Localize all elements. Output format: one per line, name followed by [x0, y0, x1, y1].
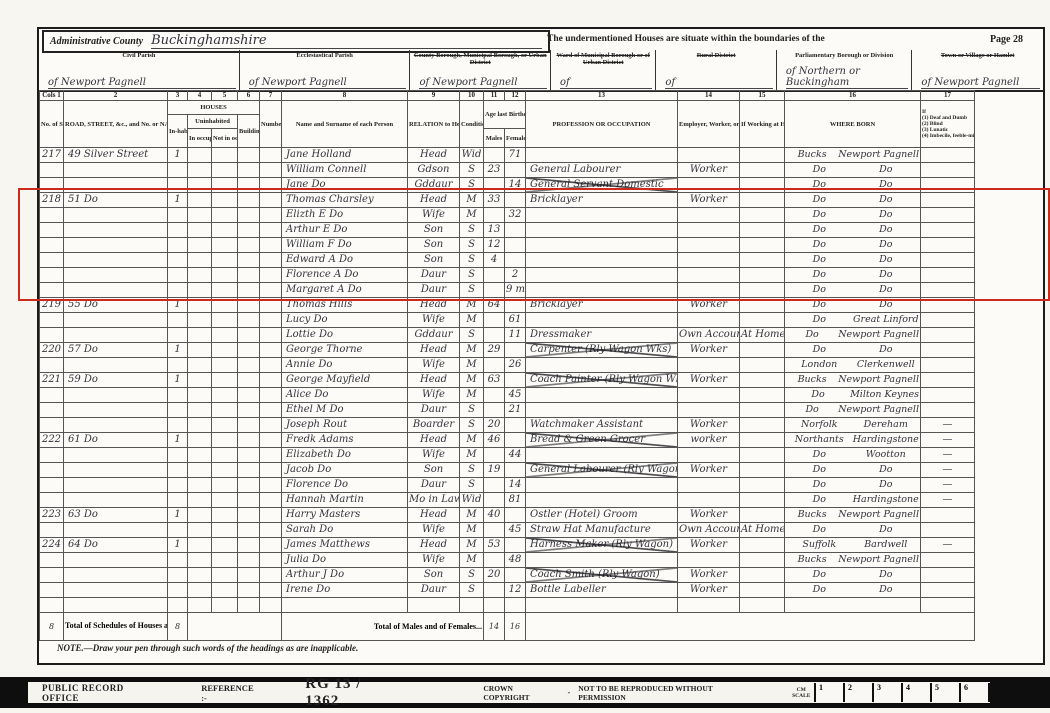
cell-ageF: 14 — [505, 478, 526, 493]
cell-ageM: 13 — [484, 223, 505, 238]
cell-emp: Own Account — [678, 523, 740, 538]
cell-home — [740, 538, 785, 553]
cell-name: Thomas Hills — [282, 298, 408, 313]
cell-rel: Head — [408, 433, 460, 448]
cell-ageM — [484, 358, 505, 373]
cell-occ — [526, 448, 678, 463]
cell-emp — [678, 148, 740, 163]
colnum: 14 — [678, 91, 740, 101]
cell-u1 — [188, 313, 212, 328]
cell-rooms — [260, 178, 282, 193]
cell-rooms — [260, 538, 282, 553]
cell-occ — [526, 358, 678, 373]
cell-rooms — [260, 238, 282, 253]
cell-rel — [408, 598, 460, 613]
cell-home — [740, 343, 785, 358]
cell-ageM: 64 — [484, 298, 505, 313]
cell-home — [740, 283, 785, 298]
cell-born: DoDo — [785, 208, 921, 223]
cell-inf: — — [921, 463, 975, 478]
cell-u2 — [212, 403, 238, 418]
cell-born: NorthantsHardingstone — [785, 433, 921, 448]
cell-u1 — [188, 553, 212, 568]
cell-cond: S — [460, 253, 484, 268]
cell-road — [64, 208, 168, 223]
cell-occ: Harness Maker (Rly Wagon) — [526, 538, 678, 553]
cell-inf — [921, 508, 975, 523]
cell-ageF — [505, 508, 526, 523]
cell-ageF — [505, 418, 526, 433]
cell-rel: Head — [408, 508, 460, 523]
footer-strip: PUBLIC RECORD OFFICE REFERENCE :- RG 13 … — [0, 677, 1050, 708]
cell-road: 57 Do — [64, 343, 168, 358]
cell-sched: 222 — [40, 433, 64, 448]
cell-cond: S — [460, 163, 484, 178]
cell-inh: 1 — [168, 373, 188, 388]
cell-inf — [921, 328, 975, 343]
cell-inh — [168, 208, 188, 223]
cell-ageM — [484, 388, 505, 403]
cell-road — [64, 253, 168, 268]
born-county: Do — [786, 253, 853, 267]
cell-bld — [238, 403, 260, 418]
cell-sched — [40, 553, 64, 568]
cell-occ: General Servant Domestic — [526, 178, 678, 193]
cell-u2 — [212, 328, 238, 343]
cell-name: Joseph Rout — [282, 418, 408, 433]
colnum: 11 — [484, 91, 505, 101]
born-place: Newport Pagnell — [838, 508, 919, 522]
census-row: Florence A DoDaurS2DoDo — [40, 268, 975, 283]
cell-ageM: 63 — [484, 373, 505, 388]
cell-emp: Worker — [678, 418, 740, 433]
cell-bld — [238, 193, 260, 208]
cell-born: DoNewport Pagnell — [785, 328, 921, 343]
census-row: William ConnellGdsonS23General LabourerW… — [40, 163, 975, 178]
cell-road: 61 Do — [64, 433, 168, 448]
footer-copyright: CROWN COPYRIGHT — [483, 684, 559, 702]
cell-ageM — [484, 448, 505, 463]
cell-u2 — [212, 268, 238, 283]
cell-rel: Wife — [408, 553, 460, 568]
cell-u1 — [188, 403, 212, 418]
cell-rel: Daur — [408, 478, 460, 493]
cell-road — [64, 583, 168, 598]
cell-inh — [168, 268, 188, 283]
cell-road: 59 Do — [64, 373, 168, 388]
footer-notice: NOT TO BE REPRODUCED WITHOUT PERMISSION — [578, 684, 758, 702]
cell-sched — [40, 223, 64, 238]
header-road: ROAD, STREET, &c., and No. or NAME of HO… — [64, 101, 168, 148]
cell-road — [64, 448, 168, 463]
cell-u2 — [212, 148, 238, 163]
cell-u2 — [212, 568, 238, 583]
cell-occ: Dressmaker — [526, 328, 678, 343]
cell-road — [64, 523, 168, 538]
cell-rooms — [260, 283, 282, 298]
cell-rel: Gddaur — [408, 178, 460, 193]
born-place: Hardingstone — [853, 493, 920, 507]
cell-u2 — [212, 178, 238, 193]
cell-rel: Daur — [408, 583, 460, 598]
cell-rooms — [260, 298, 282, 313]
cell-occ — [526, 223, 678, 238]
cell-inh: 1 — [168, 508, 188, 523]
cell-bld — [238, 538, 260, 553]
born-place: Bardwell — [853, 538, 920, 552]
born-county: Suffolk — [786, 538, 853, 552]
cell-cond: M — [460, 553, 484, 568]
cell-cond: M — [460, 358, 484, 373]
cell-cond: M — [460, 373, 484, 388]
district-parliamentary: Parliamentary Borough or Division of Nor… — [777, 50, 913, 90]
cell-road — [64, 388, 168, 403]
cell-inh — [168, 313, 188, 328]
cell-born: DoDo — [785, 523, 921, 538]
cell-home — [740, 148, 785, 163]
cell-rel: Daur — [408, 403, 460, 418]
cell-rooms — [260, 253, 282, 268]
cell-bld — [238, 388, 260, 403]
cell-ageF — [505, 238, 526, 253]
cell-occ — [526, 598, 678, 613]
born-place: Do — [853, 223, 920, 237]
cell-born: DoDo — [785, 178, 921, 193]
header-home: If Working at Home — [740, 101, 785, 148]
census-row: Sarah DoWifeM45Straw Hat ManufactureOwn … — [40, 523, 975, 538]
cell-occ — [526, 388, 678, 403]
cell-u2 — [212, 163, 238, 178]
cell-born: DoDo — [785, 583, 921, 598]
district-ward: Ward of Municipal Borough or of Urban Di… — [551, 50, 656, 90]
form-header: Administrative County Buckinghamshire Th… — [39, 29, 1043, 50]
census-row: 21749 Silver Street1Jane HollandHeadWid7… — [40, 148, 975, 163]
cell-ageM — [484, 598, 505, 613]
cell-home — [740, 223, 785, 238]
cell-born: DoMilton Keynes — [785, 388, 921, 403]
cell-ageM — [484, 178, 505, 193]
district-band: Civil Parish of Newport Pagnell Ecclesia… — [39, 50, 1043, 92]
cell-bld — [238, 283, 260, 298]
cell-u2 — [212, 298, 238, 313]
cell-home — [740, 193, 785, 208]
cell-u1 — [188, 283, 212, 298]
cell-home — [740, 373, 785, 388]
cell-inf: — — [921, 478, 975, 493]
cell-u2 — [212, 238, 238, 253]
cell-inf: — — [921, 433, 975, 448]
cell-ageF: 9 mo — [505, 283, 526, 298]
cell-inh: 1 — [168, 433, 188, 448]
census-row: 22363 Do1Harry MastersHeadM40Ostler (Hot… — [40, 508, 975, 523]
cell-road — [64, 493, 168, 508]
born-place: Do — [853, 478, 920, 492]
header-inhabited: In-habited — [168, 115, 188, 148]
cell-ageF — [505, 163, 526, 178]
cell-ageM — [484, 523, 505, 538]
cell-born: DoDo — [785, 283, 921, 298]
cell-name: Fredk Adams — [282, 433, 408, 448]
cell-sched — [40, 283, 64, 298]
cell-name: Alice Do — [282, 388, 408, 403]
cell-sched — [40, 463, 64, 478]
cell-cond: Wid — [460, 148, 484, 163]
cell-inf: — — [921, 538, 975, 553]
census-row: 22261 Do1Fredk AdamsHeadM46Bread & Green… — [40, 433, 975, 448]
cell-bld — [238, 433, 260, 448]
cell-sched — [40, 493, 64, 508]
cell-road — [64, 598, 168, 613]
census-row: Jane DoGddaurS14General Servant Domestic… — [40, 178, 975, 193]
cell-bld — [238, 493, 260, 508]
cell-cond: S — [460, 328, 484, 343]
totals-row: 8 Total of Schedules of Houses and of Te… — [40, 613, 975, 641]
cell-name: Jacob Do — [282, 463, 408, 478]
cell-home — [740, 568, 785, 583]
cell-bld — [238, 148, 260, 163]
cell-inf — [921, 163, 975, 178]
cell-rooms — [260, 493, 282, 508]
cell-sched — [40, 583, 64, 598]
born-county: Do — [786, 343, 853, 357]
cell-road — [64, 568, 168, 583]
cell-u1 — [188, 508, 212, 523]
cell-road — [64, 328, 168, 343]
cell-inf — [921, 268, 975, 283]
cell-rooms — [260, 193, 282, 208]
cell-rooms — [260, 313, 282, 328]
cell-ageF — [505, 193, 526, 208]
cell-name: Elizth E Do — [282, 208, 408, 223]
census-row: Irene DoDaurS12Bottle LabellerWorkerDoDo — [40, 583, 975, 598]
cell-ageF: 11 — [505, 328, 526, 343]
cell-born: DoDo — [785, 478, 921, 493]
cell-emp — [678, 493, 740, 508]
cell-home — [740, 583, 785, 598]
cell-u2 — [212, 313, 238, 328]
cell-ageF — [505, 463, 526, 478]
cell-name: Annie Do — [282, 358, 408, 373]
cell-u1 — [188, 178, 212, 193]
cell-u1 — [188, 478, 212, 493]
cell-rooms — [260, 568, 282, 583]
cell-bld — [238, 238, 260, 253]
cell-name: Hannah Martin — [282, 493, 408, 508]
cell-cond: M — [460, 448, 484, 463]
cell-ageM: 20 — [484, 418, 505, 433]
cell-u1 — [188, 523, 212, 538]
born-county: London — [786, 358, 853, 372]
born-place: Do — [853, 253, 920, 267]
cell-bld — [238, 463, 260, 478]
census-scan: Administrative County Buckinghamshire Th… — [0, 0, 1050, 713]
cell-sched: 221 — [40, 373, 64, 388]
cell-sched — [40, 208, 64, 223]
cell-bld — [238, 478, 260, 493]
census-row: Arthur J DoSonS20Coach Smith (Rly Wagon)… — [40, 568, 975, 583]
cell-inh — [168, 418, 188, 433]
colnum: 8 — [282, 91, 408, 101]
header-not-occupation: Not in occupation — [212, 129, 238, 148]
header-relation: RELATION to Head of Family — [408, 101, 460, 148]
cell-road — [64, 418, 168, 433]
census-row: Elizabeth DoWifeM44DoWootton— — [40, 448, 975, 463]
cell-inh — [168, 403, 188, 418]
cell-inh: 1 — [168, 193, 188, 208]
cell-road — [64, 403, 168, 418]
cell-rooms — [260, 598, 282, 613]
cell-u2 — [212, 598, 238, 613]
cell-bld — [238, 448, 260, 463]
cell-u1 — [188, 148, 212, 163]
cell-bld — [238, 163, 260, 178]
cell-rooms — [260, 358, 282, 373]
cell-u2 — [212, 358, 238, 373]
colnum: 7 — [260, 91, 282, 101]
cell-name: Arthur E Do — [282, 223, 408, 238]
cell-u1 — [188, 238, 212, 253]
cell-sched — [40, 388, 64, 403]
cell-u1 — [188, 208, 212, 223]
colnum: 10 — [460, 91, 484, 101]
cell-u2 — [212, 208, 238, 223]
cell-born: BucksNewport Pagnell — [785, 553, 921, 568]
cell-name: Jane Do — [282, 178, 408, 193]
cell-home — [740, 358, 785, 373]
cell-u2 — [212, 223, 238, 238]
cell-inh — [168, 583, 188, 598]
cell-cond: Wid — [460, 493, 484, 508]
cell-occ: Bricklayer — [526, 193, 678, 208]
born-county: Do — [786, 313, 853, 327]
cell-inh: 1 — [168, 148, 188, 163]
census-row: 22159 Do1George MayfieldHeadM63Coach Pai… — [40, 373, 975, 388]
born-place: Newport Pagnell — [838, 373, 919, 387]
cell-name: Jane Holland — [282, 148, 408, 163]
cell-u1 — [188, 493, 212, 508]
cell-emp: Worker — [678, 463, 740, 478]
cell-rel: Wife — [408, 358, 460, 373]
cell-road — [64, 268, 168, 283]
census-row: Ethel M DoDaurS21DoNewport Pagnell — [40, 403, 975, 418]
header-building: Building — [238, 115, 260, 148]
born-county: Do — [786, 448, 853, 462]
colnum: 5 — [212, 91, 238, 101]
cell-born: BucksNewport Pagnell — [785, 373, 921, 388]
cell-inh — [168, 553, 188, 568]
cell-ageM: 20 — [484, 568, 505, 583]
cell-emp: Worker — [678, 508, 740, 523]
cell-ageF — [505, 298, 526, 313]
cell-sched: 224 — [40, 538, 64, 553]
born-place: Newport Pagnell — [838, 553, 919, 567]
born-place: Do — [853, 463, 920, 477]
cell-ageF — [505, 433, 526, 448]
cell-bld — [238, 313, 260, 328]
born-county: Do — [786, 223, 853, 237]
cell-emp — [678, 403, 740, 418]
cell-emp: Worker — [678, 583, 740, 598]
header-profession: PROFESSION OR OCCUPATION — [526, 101, 678, 148]
cell-emp — [678, 208, 740, 223]
colnum: Cols 1 — [40, 91, 64, 101]
cell-rooms — [260, 268, 282, 283]
header-born: WHERE BORN — [785, 101, 921, 148]
footer-bar: PUBLIC RECORD OFFICE REFERENCE :- RG 13 … — [28, 682, 990, 703]
total-males-females-label: Total of Males and of Females... — [282, 613, 484, 641]
cell-rooms — [260, 223, 282, 238]
cell-emp — [678, 223, 740, 238]
born-county: Bucks — [786, 148, 838, 162]
cell-u1 — [188, 163, 212, 178]
cell-occ: Straw Hat Manufacture — [526, 523, 678, 538]
cell-inf — [921, 598, 975, 613]
cell-road: 49 Silver Street — [64, 148, 168, 163]
footer-office: PUBLIC RECORD OFFICE — [42, 683, 161, 703]
cell-cond: M — [460, 298, 484, 313]
census-row: Edward A DoSonS4DoDo — [40, 253, 975, 268]
cell-rooms — [260, 478, 282, 493]
cell-road — [64, 223, 168, 238]
cell-u1 — [188, 433, 212, 448]
cell-born: BucksNewport Pagnell — [785, 148, 921, 163]
cell-name: Florence Do — [282, 478, 408, 493]
born-place: Dereham — [853, 418, 920, 432]
cell-rel: Son — [408, 223, 460, 238]
cell-born: DoHardingstone — [785, 493, 921, 508]
cell-occ: General Labourer (Rly Wagon) — [526, 463, 678, 478]
cell-road — [64, 463, 168, 478]
cell-occ: Ostler (Hotel) Groom — [526, 508, 678, 523]
cell-bld — [238, 328, 260, 343]
district-town: Town or Village or Hamlet of Newport Pag… — [912, 50, 1043, 90]
cell-bld — [238, 523, 260, 538]
cell-u2 — [212, 418, 238, 433]
cell-emp — [678, 268, 740, 283]
header-uninhabited: Uninhabited — [188, 115, 238, 129]
cell-home — [740, 553, 785, 568]
cell-bld — [238, 343, 260, 358]
cell-bld — [238, 268, 260, 283]
cell-inf — [921, 298, 975, 313]
cell-occ — [526, 238, 678, 253]
cell-rel: Head — [408, 538, 460, 553]
cell-cond: M — [460, 193, 484, 208]
cell-emp: Worker — [678, 343, 740, 358]
cell-emp — [678, 253, 740, 268]
cell-name: Harry Masters — [282, 508, 408, 523]
cell-born: DoDo — [785, 463, 921, 478]
cell-ageF: 71 — [505, 148, 526, 163]
cell-rooms — [260, 448, 282, 463]
situate-text: The undermentioned Houses are situate wi… — [547, 34, 947, 44]
born-county: Do — [786, 568, 853, 582]
cell-occ: Bottle Labeller — [526, 583, 678, 598]
cell-home — [740, 298, 785, 313]
cell-born: DoGreat Linford — [785, 313, 921, 328]
born-place: Great Linford — [853, 313, 920, 327]
cell-born: DoDo — [785, 193, 921, 208]
cell-ageM: 40 — [484, 508, 505, 523]
cell-rel: Head — [408, 373, 460, 388]
colnum: 2 — [64, 91, 168, 101]
census-row: Elizth E DoWifeM32DoDo — [40, 208, 975, 223]
cell-u2 — [212, 193, 238, 208]
cell-rel: Wife — [408, 388, 460, 403]
cell-road — [64, 178, 168, 193]
total-males-value: 14 — [484, 613, 505, 641]
cell-occ: Bread & Green Grocer — [526, 433, 678, 448]
